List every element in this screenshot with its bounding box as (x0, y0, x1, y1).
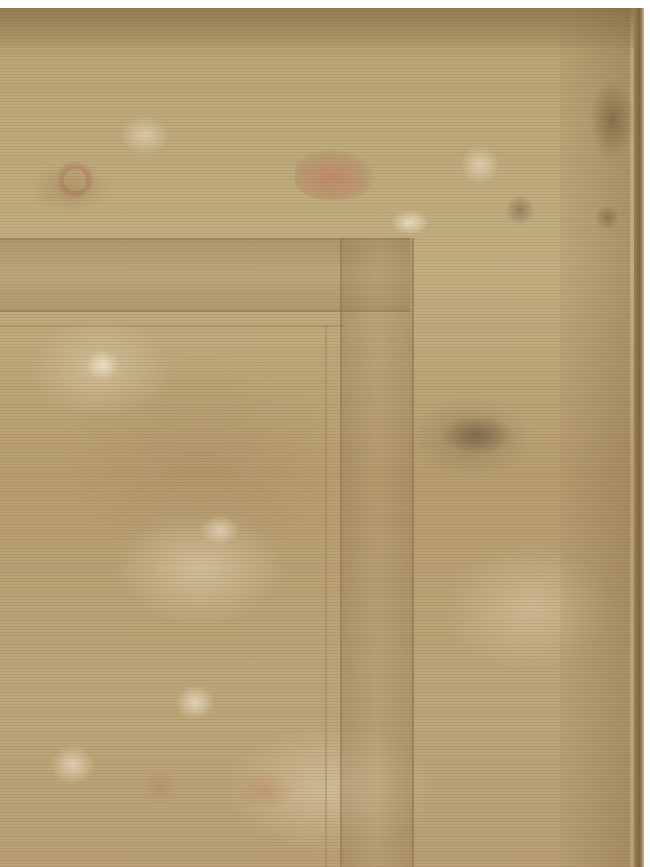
rug-worn-patch (85, 350, 120, 380)
rug-dark-motif (440, 415, 515, 455)
rug-worn-patch (50, 745, 95, 785)
rug-inner-border-vertical (340, 238, 414, 867)
rug-worn-patch (390, 210, 430, 235)
rug-worn-patch (120, 115, 170, 155)
rug-floral-motif (140, 765, 180, 805)
rug-field (0, 8, 640, 867)
rug-worn-patch (200, 515, 240, 545)
rug-guard-line-vertical (325, 325, 327, 867)
rug-corner-shading (590, 80, 635, 160)
rug-worn-patch (175, 685, 215, 720)
rug-floral-motif (235, 770, 295, 810)
rug-dark-motif (595, 205, 620, 230)
photo-canvas (0, 0, 650, 867)
rug-selvedge-edge (634, 8, 644, 867)
rug-guard-line-horizontal (0, 325, 345, 327)
rug-floral-motif (295, 150, 375, 200)
rug-worn-patch (460, 145, 500, 185)
rug-ring-motif (55, 160, 95, 200)
rug-dark-motif (505, 195, 535, 225)
rug-top-border (0, 8, 640, 48)
